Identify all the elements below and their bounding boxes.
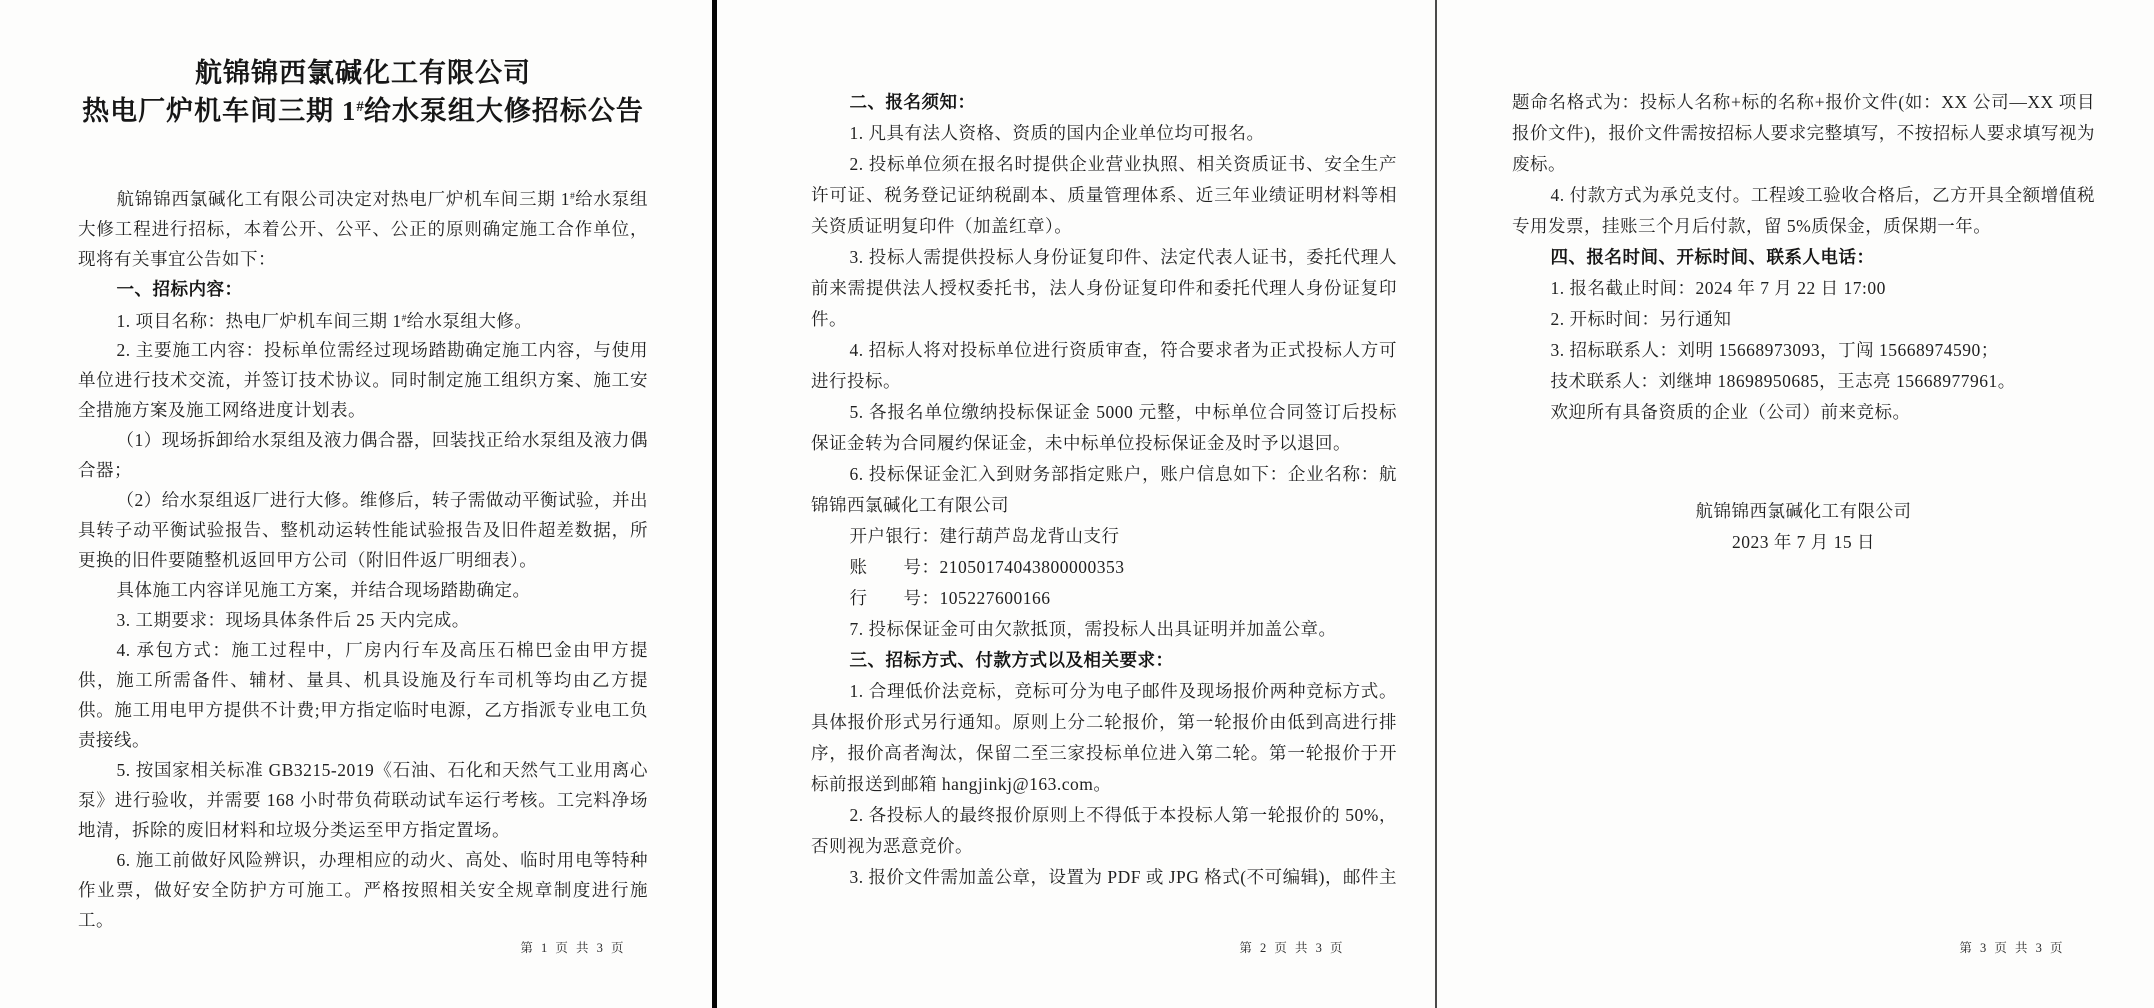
item-bid-opening-time: 2. 开标时间：另行通知 <box>1512 304 2095 335</box>
document-canvas: 航锦锦西氯碱化工有限公司 热电厂炉机车间三期 1#给水泵组大修招标公告 航锦锦西… <box>0 0 2154 1008</box>
item-quote-file-format: 3. 报价文件需加盖公章，设置为 PDF 或 JPG 格式(不可编辑)，邮件主 <box>811 862 1397 893</box>
item-identity-docs: 3. 投标人需提供投标人身份证复印件、法定代表人证书，委托代理人前来需提供法人授… <box>811 242 1397 335</box>
item-contract-mode: 4. 承包方式：施工过程中，厂房内行车及高压石棉巴金由甲方提供，施工所需备件、辅… <box>78 635 648 755</box>
document-title: 航锦锦西氯碱化工有限公司 热电厂炉机车间三期 1#给水泵组大修招标公告 <box>78 0 648 128</box>
section-4-heading: 四、报名时间、开标时间、联系人电话： <box>1512 242 2095 273</box>
item-deposit-account-intro: 6. 投标保证金汇入到财务部指定账户，账户信息如下：企业名称：航锦锦西氯碱化工有… <box>811 459 1397 521</box>
item-main-work: 2. 主要施工内容：投标单位需经过现场踏勘确定施工内容，与使用单位进行技术交流，… <box>78 335 648 425</box>
item-bidding-method: 1. 合理低价法竞标，竞标可分为电子邮件及现场报价两种竞标方式。具体报价形式另行… <box>811 676 1397 800</box>
signature-block: 航锦锦西氯碱化工有限公司 2023 年 7 月 15 日 <box>1512 496 2095 558</box>
item-work-note: 具体施工内容详见施工方案，并结合现场踏勘确定。 <box>78 575 648 605</box>
page-2-content: 二、报名须知： 1. 凡具有法人资格、资质的国内企业单位均可报名。 2. 投标单… <box>811 87 1397 893</box>
item-schedule: 3. 工期要求：现场具体条件后 25 天内完成。 <box>78 605 648 635</box>
page-3-content: 题命名格式为：投标人名称+标的名称+报价文件(如：XX 公司—XX 项目报价文件… <box>1512 87 2095 558</box>
section-1-heading: 一、招标内容： <box>78 274 648 304</box>
item-final-price-rule: 2. 各投标人的最终报价原则上不得低于本投标人第一轮报价的 50%，否则视为恶意… <box>811 800 1397 862</box>
item-welcome-line: 欢迎所有具备资质的企业（公司）前来竞标。 <box>1512 397 2095 428</box>
intro-paragraph: 航锦锦西氯碱化工有限公司决定对热电厂炉机车间三期 1#给水泵组大修工程进行招标，… <box>78 182 648 274</box>
signature-company: 航锦锦西氯碱化工有限公司 <box>1512 496 2095 527</box>
signature-date: 2023 年 7 月 15 日 <box>1512 527 2095 558</box>
item-bid-contacts: 3. 招标联系人：刘明 15668973093，丁闯 15668974590； <box>1512 335 2095 366</box>
item-technical-contacts: 技术联系人：刘继坤 18698950685，王志亮 15668977961。 <box>1512 366 2095 397</box>
page-1-body: 航锦锦西氯碱化工有限公司决定对热电厂炉机车间三期 1#给水泵组大修工程进行招标，… <box>78 182 648 936</box>
page-1: 航锦锦西氯碱化工有限公司 热电厂炉机车间三期 1#给水泵组大修招标公告 航锦锦西… <box>0 0 712 1008</box>
item-payment-terms: 4. 付款方式为承兑支付。工程竣工验收合格后，乙方开具全额增值税专用发票，挂账三… <box>1512 180 2095 242</box>
account-number-line: 账 号：21050174043800000353 <box>811 552 1397 583</box>
page-3: 题命名格式为：投标人名称+标的名称+报价文件(如：XX 公司—XX 项目报价文件… <box>1437 0 2154 1008</box>
page-2-footer: 第 2 页 共 3 页 <box>1239 938 1345 956</box>
page-3-footer: 第 3 页 共 3 页 <box>1959 938 2065 956</box>
item-qualification-docs: 2. 投标单位须在报名时提供企业营业执照、相关资质证书、安全生产许可证、税务登记… <box>811 149 1397 242</box>
item-bid-deposit: 5. 各报名单位缴纳投标保证金 5000 元整，中标单位合同签订后投标保证金转为… <box>811 397 1397 459</box>
item-acceptance-standard: 5. 按国家相关标准 GB3215-2019《石油、石化和天然气工业用离心泵》进… <box>78 755 648 845</box>
page-1-footer: 第 1 页 共 3 页 <box>520 938 626 956</box>
title-line-2: 热电厂炉机车间三期 1#给水泵组大修招标公告 <box>78 90 648 128</box>
item-qualification-review: 4. 招标人将对投标单位进行资质审查，符合要求者为正式投标人方可进行投标。 <box>811 335 1397 397</box>
item-project-name: 1. 项目名称：热电厂炉机车间三期 1#给水泵组大修。 <box>78 304 648 336</box>
item-work-detail-2: （2）给水泵组返厂进行大修。维修后，转子需做动平衡试验，并出具转子动平衡试验报告… <box>78 485 648 575</box>
section-2-heading: 二、报名须知： <box>811 87 1397 118</box>
page-1-content: 航锦锦西氯碱化工有限公司 热电厂炉机车间三期 1#给水泵组大修招标公告 航锦锦西… <box>78 0 648 935</box>
item-work-detail-1: （1）现场拆卸给水泵组及液力偶合器，回装找正给水泵组及液力偶合器； <box>78 425 648 485</box>
item-registration-deadline: 1. 报名截止时间：2024 年 7 月 22 日 17:00 <box>1512 273 2095 304</box>
section-3-heading: 三、招标方式、付款方式以及相关要求： <box>811 645 1397 676</box>
bank-name-line: 开户银行：建行葫芦岛龙背山支行 <box>811 521 1397 552</box>
bank-code-line: 行 号：105227600166 <box>811 583 1397 614</box>
page-2: 二、报名须知： 1. 凡具有法人资格、资质的国内企业单位均可报名。 2. 投标单… <box>717 0 1435 1008</box>
title-line-1: 航锦锦西氯碱化工有限公司 <box>78 56 648 90</box>
item-deposit-offset: 7. 投标保证金可由欠款抵顶，需投标人出具证明并加盖公章。 <box>811 614 1397 645</box>
item-eligibility: 1. 凡具有法人资格、资质的国内企业单位均可报名。 <box>811 118 1397 149</box>
item-safety: 6. 施工前做好风险辨识，办理相应的动火、高处、临时用电等特种作业票，做好安全防… <box>78 845 648 935</box>
item-quote-file-format-continued: 题命名格式为：投标人名称+标的名称+报价文件(如：XX 公司—XX 项目报价文件… <box>1512 87 2095 180</box>
